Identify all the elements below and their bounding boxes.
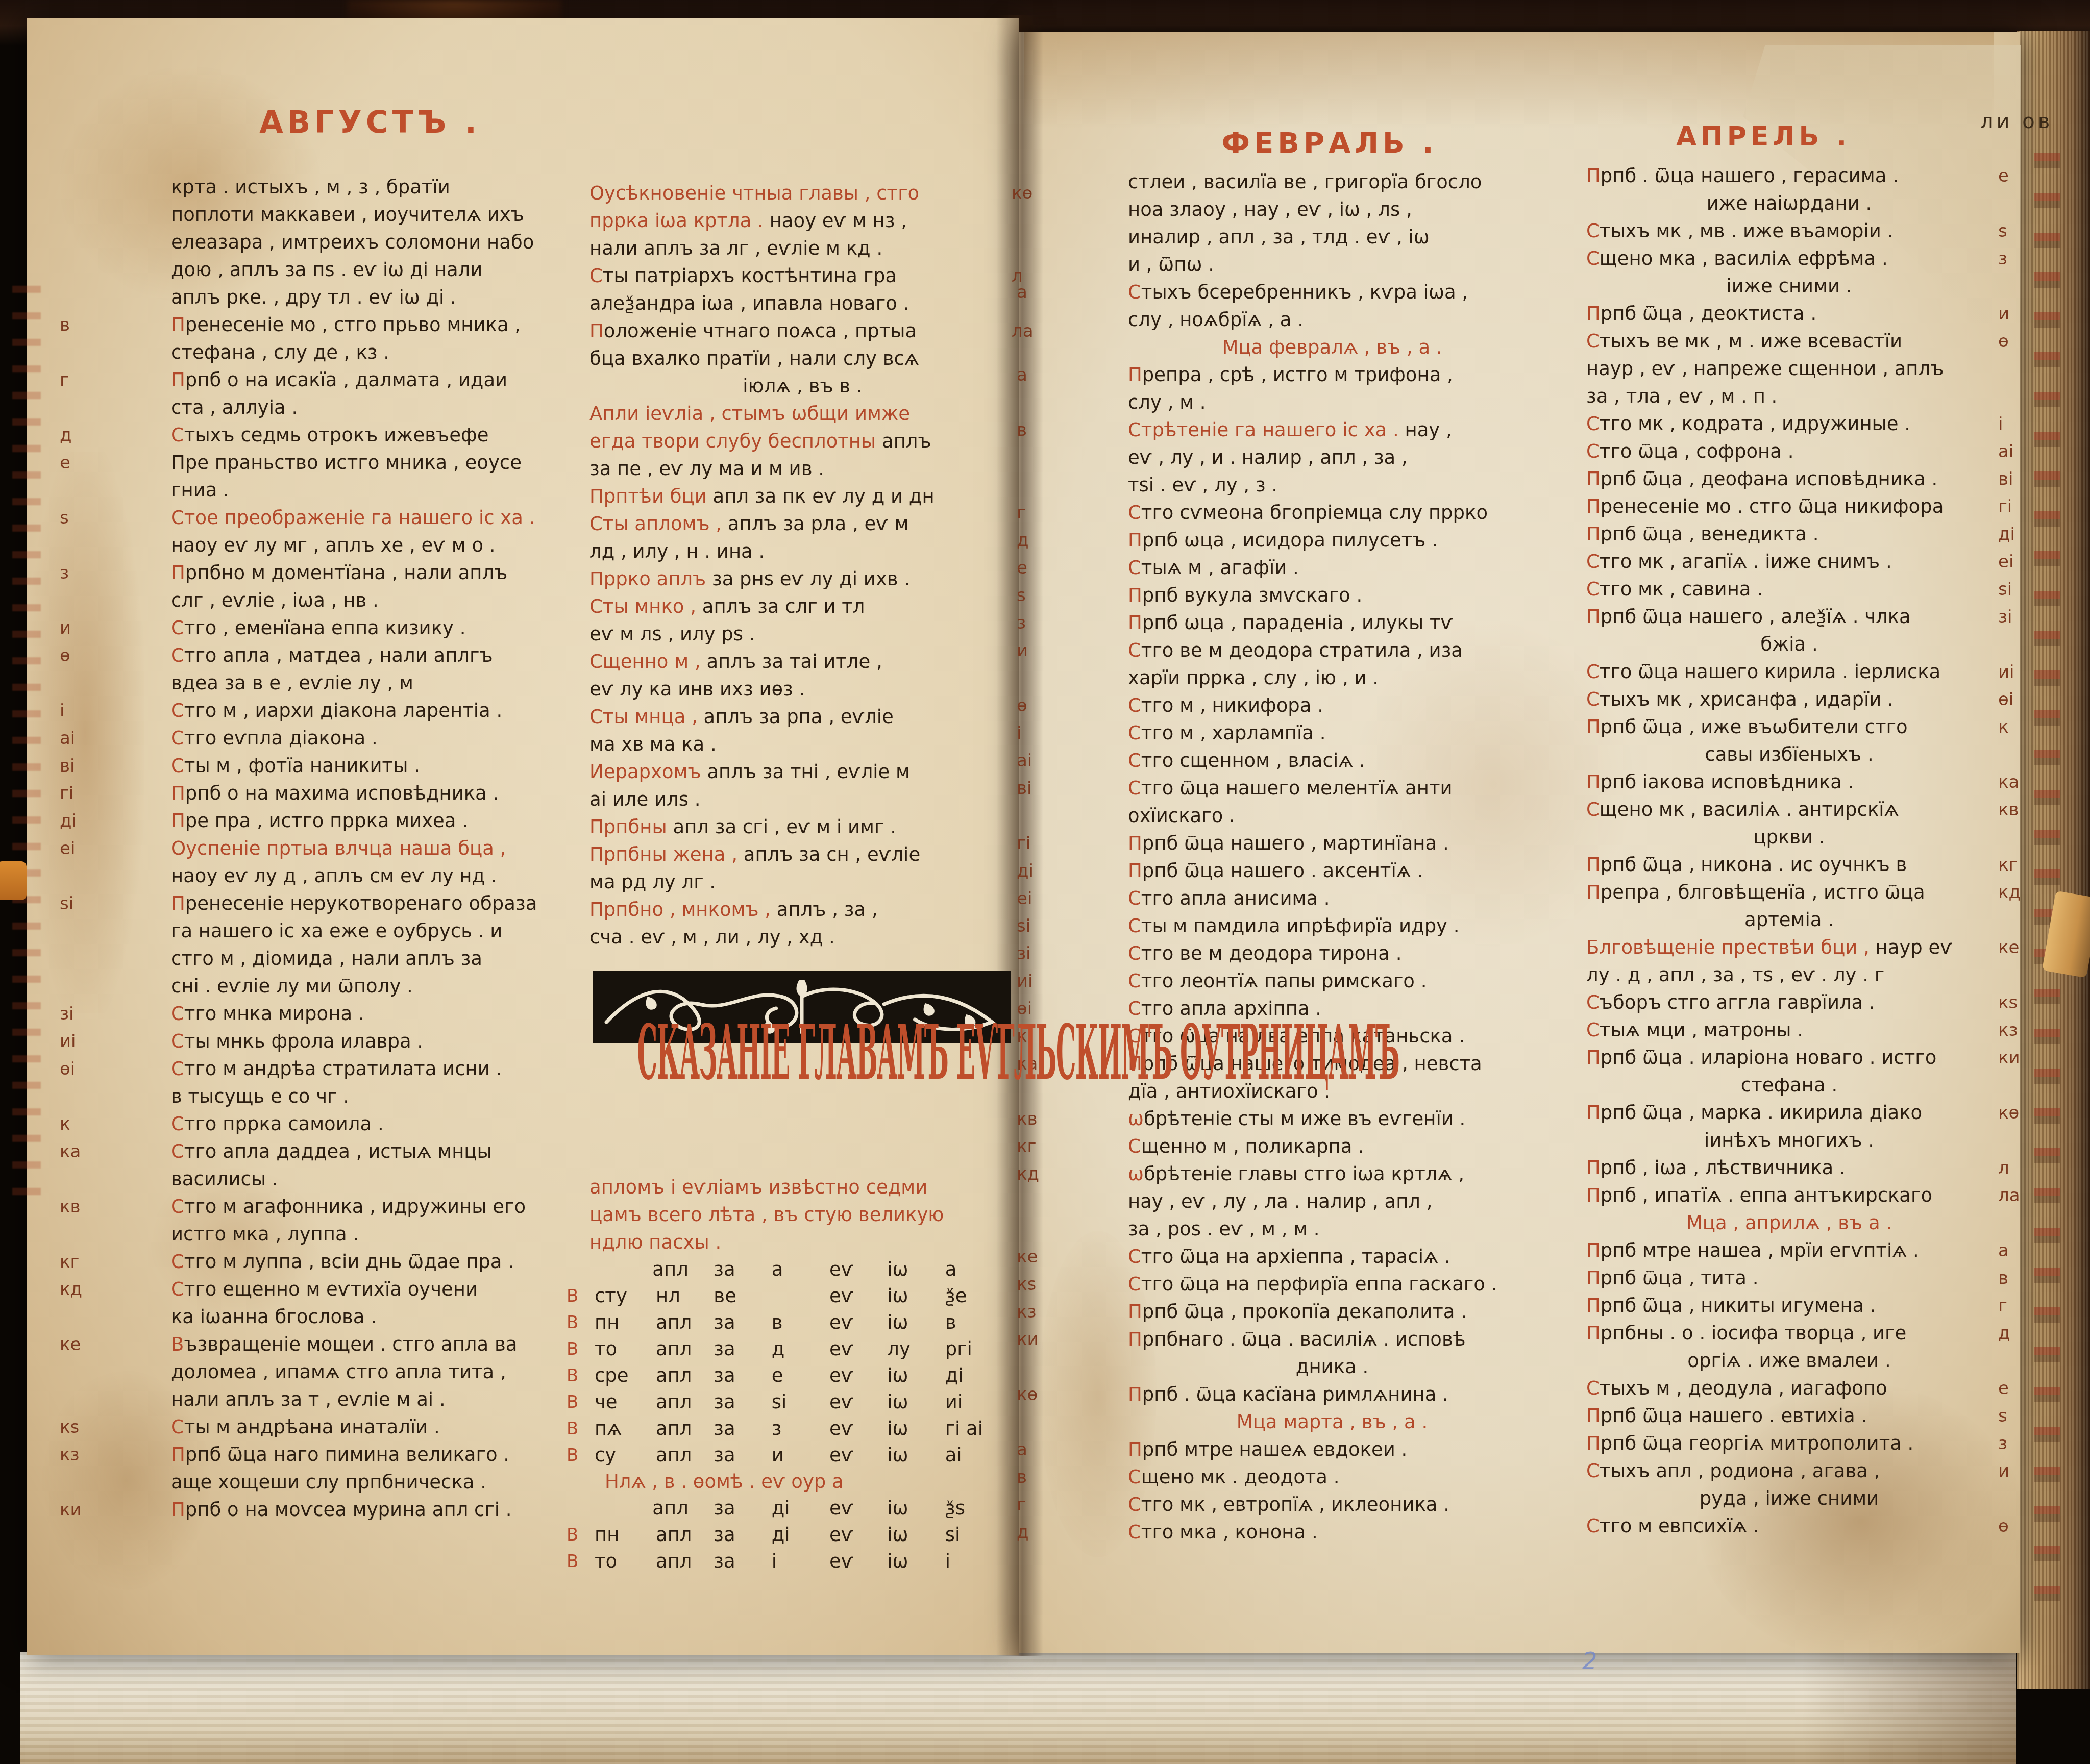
calendar-line: гПрпб ѿца , никиты игумена . [1586, 1292, 1992, 1320]
day-number-margin: кг [1998, 851, 2039, 879]
calendar-line: дСтыхъ седмь отрокъ ижевъефе [171, 421, 574, 449]
calendar-line: бца вхалко пратїи , нали слу всѧ [589, 345, 1016, 372]
calendar-line: лаПрпб , ипатїѧ . еппа антъкирскаго [1586, 1182, 1992, 1209]
calendar-line: иналир , апл , за , тлд . еѵ , іѡ [1128, 223, 1536, 251]
day-number-margin: кѳ [1998, 1099, 2039, 1127]
calendar-line: вСтрѣтеніе га нашего іс ха . нау , [1128, 416, 1536, 444]
calendar-line: руда , іиже сними [1586, 1485, 1992, 1512]
calendar-line: ѕПрпб вукула змѵскаго . [1128, 582, 1536, 609]
day-number-margin: ѳ [1017, 692, 1093, 719]
day-number-margin: ѕ [1998, 217, 2039, 245]
calendar-line: кѕСты м андрѣана инаталїи . [171, 1413, 574, 1441]
calendar-line: за , роѕ . еѵ , м , м . [1128, 1215, 1536, 1243]
calendar-line: крта . истыхъ , м , з , братїи [171, 173, 574, 201]
calendar-line: сча . еѵ , м , ли , лу , хд . [589, 924, 1016, 951]
calendar-line: дника . [1128, 1353, 1536, 1381]
calendar-line: киПрпб ѿца . иларіона новаго . истго [1586, 1044, 1992, 1072]
calendar-line: иСтыхъ апл , родиона , агава , [1586, 1457, 1992, 1485]
calendar-line: ѕСтое преображеніе га нашего іс ха . [171, 504, 574, 532]
calendar-line: аще хощеши слу прпбническа . [171, 1469, 574, 1496]
day-number-margin: е [1998, 162, 2039, 190]
day-number-margin: и [1017, 637, 1093, 664]
day-number-margin: з [60, 559, 136, 587]
calendar-line: дПрпб ѡца , исидора пилусетъ . [1128, 527, 1536, 554]
calendar-line: аплъ рке. , дру тл . еѵ іѡ ді . [171, 284, 574, 311]
calendar-line: кгСтго м луппа , всіи днь ѿдае пра . [171, 1248, 574, 1276]
day-number-margin: ві [1017, 775, 1093, 802]
calendar-line: аі иле илѕ . [589, 786, 1016, 813]
calendar-line: вПренесеніе мо , стго прьво мника , [171, 311, 574, 339]
calendar-line: ѳСтго апла , матдеа , нали аплгъ [171, 642, 574, 669]
calendar-line: нали аплъ за т , еѵліе м аі . [171, 1386, 574, 1413]
day-number-margin: кв [60, 1193, 136, 1221]
day-number-margin: ѕ [1998, 1402, 2039, 1430]
day-number-margin: ла [1998, 1182, 2039, 1209]
calendar-column-august-1: крта . истыхъ , м , з , братїипоплоти ма… [171, 173, 574, 1524]
calendar-line: Прпбны апл за сгі , еѵ м і имг . [589, 813, 1016, 841]
table-row: Нлѧ , в . ѳомѣ . еѵ оур а [595, 1469, 1003, 1495]
calendar-line: аПрепра , срѣ , истго м трифона , [1128, 361, 1536, 389]
calendar-line: еіСтго мк , агапїѧ . іиже снимъ . [1586, 548, 1992, 576]
calendar-line: киПрпбнаго . ѿца . василіѧ . исповѣ [1128, 1326, 1536, 1353]
table-row: Втоаплзадеѵлургі [595, 1336, 1003, 1362]
calendar-line: кѳПрпб ѿца , марка . икирила діако [1586, 1099, 1992, 1127]
calendar-line: кгПрпб ѿца , никона . ис оучнкъ в [1586, 851, 1992, 879]
calendar-line: ма хв ма ка . [589, 731, 1016, 758]
calendar-line: ка іѡанна бгослова . [171, 1303, 574, 1331]
calendar-line: каПрпб іакова исповѣдника . [1586, 768, 1992, 796]
day-number-margin: и [1998, 1457, 2039, 1485]
calendar-line: слг , еѵліе , іѡа , нв . [171, 587, 574, 614]
day-number-margin: в [1017, 416, 1093, 444]
day-number-margin: аі [1017, 747, 1093, 775]
calendar-line: артеміа . [1586, 906, 1992, 934]
day-number-margin: ѳ [1998, 1512, 2039, 1540]
calendar-line: Апли іеѵліа , стымъ ѡбщи имже [589, 400, 1016, 428]
calendar-line: гСтго сѵмеона бгопріемца слу пррко [1128, 499, 1536, 527]
table-week-letter: В [567, 1283, 578, 1309]
day-number-margin: л [1998, 1154, 2039, 1182]
table-row: аплзааеѵіѡа [595, 1256, 1003, 1283]
day-number-margin: кз [60, 1441, 136, 1469]
calendar-line: віПрпб ѿца , деофана исповѣдника . [1586, 465, 1992, 493]
day-number-margin: кд [1998, 879, 2039, 906]
day-number-margin: з [1998, 245, 2039, 272]
table-week-letter: В [567, 1522, 578, 1548]
calendar-line: ѳіСтго м андрѣа стратилата исни . [171, 1055, 574, 1083]
calendar-line: Сты мнко , аплъ за слг и тл [589, 593, 1016, 620]
calendar-line: еѵ , лу , и . налир , апл , за , [1128, 444, 1536, 471]
calendar-line: еСтыѧ м , агафїи . [1128, 554, 1536, 582]
calendar-line: кдПрепра , блговѣщенїа , истго ѿца [1586, 879, 1992, 906]
day-number-margin: ѳі [1998, 686, 2039, 713]
calendar-line: іСтго м , иархи діакона ларентіа . [171, 697, 574, 725]
day-number-margin: в [60, 311, 136, 339]
calendar-line: ѳіСтыхъ мк , хрисанфа , идарїи . [1586, 686, 1992, 713]
calendar-line: зіСтго ве м деодора тирона . [1128, 940, 1536, 967]
calendar-line: кзСтыѧ мци , матроны . [1586, 1016, 1992, 1044]
calendar-line: савы избїеныхъ . [1586, 741, 1992, 768]
table-row: Втоаплзаіеѵіѡі [595, 1548, 1003, 1575]
calendar-line: еѵ лу ка инв ихз иѳз . [589, 676, 1016, 703]
calendar-line: кдСтго ещенно м еѵтихїа оучени [171, 1276, 574, 1303]
calendar-column-august-2: кѳОусѣкновеніе чтныа главы , стгопррка і… [589, 180, 1016, 951]
calendar-line: вдеа за в е , еѵліе лу , м [171, 669, 574, 697]
calendar-line: аіСтго сщенном , власіѧ . [1128, 747, 1536, 775]
bookmark-stick-left [0, 861, 27, 900]
day-number-margin: ки [1998, 1044, 2039, 1072]
day-number-margin: иі [1998, 658, 2039, 686]
calendar-line: слу , ноѧбрїѧ , а . [1128, 306, 1536, 334]
month-header-february: ФЕВРАЛЬ . [1125, 127, 1534, 160]
day-number-margin: е [60, 449, 136, 477]
table-row: Вчеаплзаѕіеѵіѡиі [595, 1389, 1003, 1415]
calendar-line: іСтго м , харлампїа . [1128, 719, 1536, 747]
calendar-line: тѕі . еѵ , лу , з . [1128, 471, 1536, 499]
day-number-margin: д [1017, 1519, 1093, 1546]
bleed-through-marks-icon [12, 286, 41, 1204]
calendar-line: Прптѣи бци апл за пк еѵ лу д и дн [589, 483, 1016, 510]
calendar-line: кзПрпб ѿца наго пимина великаго . [171, 1441, 574, 1469]
calendar-line: цркви . [1586, 824, 1992, 851]
calendar-line: вПрпб ѿца , тита . [1586, 1264, 1992, 1292]
calendar-line: Прпбны жена , аплъ за сн , еѵліе [589, 841, 1016, 868]
day-number-margin: ѕ [60, 504, 136, 532]
day-number-margin: а [1017, 279, 1093, 306]
day-number-margin: кз [1017, 1298, 1093, 1326]
calendar-line: квСтго м агафонника , идружины его [171, 1193, 574, 1221]
day-number-margin: а [1017, 361, 1093, 389]
calendar-line: поплоти маккавеи , иоучителѧ ихъ [171, 201, 574, 229]
calendar-line: Иерархомъ аплъ за тні , еѵліе м [589, 758, 1016, 786]
calendar-line: квСщено мк , василіѧ . антирскїѧ [1586, 796, 1992, 824]
day-number-margin: ѳ [60, 642, 136, 669]
table-week-letter: В [567, 1309, 578, 1336]
calendar-line: оргіѧ . иже вмалеи . [1586, 1347, 1992, 1375]
calendar-line: ѕіПренесеніе нерукотворенаго образа [171, 890, 574, 917]
calendar-line: сні . еѵліе лу ми ѿполу . [171, 973, 574, 1000]
calendar-line: Пррко аплъ за рнѕ еѵ лу ді ихв . [589, 565, 1016, 593]
calendar-line: кѳПрпб . ѿца касїана римлѧнина . [1128, 1381, 1536, 1408]
day-number-margin: кѳ [1012, 180, 1047, 207]
calendar-line: стефана , слу де , кз . [171, 339, 574, 366]
calendar-line: за пе , еѵ лу ма и м ив . [589, 455, 1016, 483]
calendar-line: кеВъзвращеніе мощеи . стго апла ва [171, 1331, 574, 1358]
table-week-letter: В [567, 1415, 578, 1442]
table-row: Встунлвееѵіѡѯе [595, 1283, 1003, 1309]
calendar-line: дСтго мка , конона . [1128, 1519, 1536, 1546]
day-number-margin: д [1998, 1320, 2039, 1347]
day-number-margin: ки [60, 1496, 136, 1524]
calendar-line: га нашего іс ха еже е оубрусь . и [171, 917, 574, 945]
day-number-margin: а [1017, 1436, 1093, 1463]
calendar-line: аіСтго еѵпла діакона . [171, 725, 574, 752]
day-number-margin: зі [1017, 940, 1093, 967]
calendar-line: іюлѧ , въ в . [589, 372, 1016, 400]
calendar-line: ѳСтго м , никифора . [1128, 692, 1536, 719]
table-week-letter: В [567, 1389, 578, 1415]
day-number-margin: кг [1017, 1133, 1093, 1160]
calendar-line: за , тла , еѵ , м . п . [1586, 383, 1992, 410]
calendar-line: ѕСтыхъ мк , мв . иже въаморіи . [1586, 217, 1992, 245]
calendar-line: лПрпб , іѡа , лѣствичника . [1586, 1154, 1992, 1182]
calendar-line: кѕСтго ѿца на перфирїа еппа гаскаго . [1128, 1271, 1536, 1298]
calendar-line: иіСтго ѿца нашего кирила . іерлиска [1586, 658, 1992, 686]
book-spread-photo: АВГУСТЪ . ФЕВРАЛЬ . АПРЕЛЬ . ли ов крта … [0, 0, 2090, 1764]
blue-ink-annotation: 2 [1582, 1647, 1597, 1675]
calendar-line: кгСщенно м , поликарпа . [1128, 1133, 1536, 1160]
calendar-column-march-april: еПрпб . ѿца нашего , герасима .иже наіѡр… [1586, 162, 1992, 1540]
folio-number: ли ов [1980, 110, 2053, 133]
calendar-line: еѵ м лѕ , илу рѕ . [589, 620, 1016, 648]
day-number-margin: зі [60, 1000, 136, 1028]
calendar-line: ѕіСтго мк , савина . [1586, 576, 1992, 603]
calendar-line: стлеи , василїа ве , григорїа бгосло [1128, 168, 1536, 196]
calendar-line: иПрпб ѿца , деоктиста . [1586, 300, 1992, 328]
day-number-margin: иі [60, 1028, 136, 1055]
day-number-margin: ѳ [1998, 328, 2039, 355]
calendar-line: наоу еѵ лу мг , аплъ хе , еѵ м о . [171, 532, 574, 559]
day-number-margin: к [1998, 713, 2039, 741]
calendar-line: ноа злаоу , нау , еѵ , іѡ , лѕ , [1128, 196, 1536, 223]
day-number-margin: еі [1017, 885, 1093, 912]
calendar-line: лСты патріархъ костѣнтина гра [589, 262, 1016, 290]
calendar-line: зПрпб ѡца , параденіа , илукы тѵ [1128, 609, 1536, 637]
calendar-line: кзПрпб ѿца , прокопїа декаполита . [1128, 1298, 1536, 1326]
calendar-line: ѕПрпб ѿца нашего . евтихіа . [1586, 1402, 1992, 1430]
table-week-letter: В [567, 1362, 578, 1389]
calendar-line: ма рд лу лг . [589, 868, 1016, 896]
calendar-line: бжіа . [1586, 631, 1992, 658]
day-number-margin: и [60, 614, 136, 642]
calendar-line: стефана . [1586, 1072, 1992, 1099]
calendar-line: пррка іѡа кртла . наоу еѵ м нз , [589, 207, 1016, 235]
calendar-line: Мца февралѧ , въ , а . [1128, 334, 1536, 361]
day-number-margin: ді [1998, 520, 2039, 548]
table-week-letter: В [567, 1336, 578, 1362]
day-number-margin: а [1998, 1237, 2039, 1264]
day-number-margin: и [1998, 300, 2039, 328]
calendar-line: истго мка , луппа . [171, 1221, 574, 1248]
calendar-line: ндлю пасхы . [589, 1229, 1016, 1256]
calendar-line: доломеа , ипамѧ стго апла тита , [171, 1358, 574, 1386]
calendar-line: зіПрпб ѿца нашего , алеѯїѧ . члка [1586, 603, 1992, 631]
calendar-line: василисы . [171, 1165, 574, 1193]
table-row: Впнаплзавеѵіѡв [595, 1309, 1003, 1336]
day-number-margin: ѳі [60, 1055, 136, 1083]
day-number-margin: гі [1017, 830, 1093, 857]
calendar-line: гСтго мк , евтропїѧ , иклеоника . [1128, 1491, 1536, 1519]
calendar-line: нау , еѵ , лу , ла . налир , апл , [1128, 1188, 1536, 1215]
calendar-line: лаПоложеніе чтнаго поѧса , пртыа [589, 317, 1016, 345]
calendar-line: гіПрпб о на махима исповѣдника . [171, 780, 574, 807]
calendar-line: еіСтго апла анисима . [1128, 885, 1536, 912]
day-number-margin: в [1017, 1463, 1093, 1491]
calendar-line: Прпбно , мнкомъ , аплъ , за , [589, 896, 1016, 924]
day-number-margin: гі [60, 780, 136, 807]
day-number-margin: е [1998, 1375, 2039, 1402]
calendar-line: іСтго мк , кодрата , идружиные . [1586, 410, 1992, 438]
calendar-line: иже наіѡрдани . [1586, 190, 1992, 217]
day-number-margin: кѕ [60, 1413, 136, 1441]
calendar-line: кдѡбрѣтеніе главы стго іѡа кртлѧ , [1128, 1160, 1536, 1188]
day-number-margin: еі [1998, 548, 2039, 576]
day-number-margin: кд [1017, 1160, 1093, 1188]
day-number-margin: ла [1012, 317, 1047, 345]
table-row: Всреаплзаееѵіѡді [595, 1362, 1003, 1389]
calendar-line: зПрпбно м доментїана , нали аплъ [171, 559, 574, 587]
calendar-line: зіСтго мнка мирона . [171, 1000, 574, 1028]
calendar-line: кеБлговѣщеніе прествѣи бци , наур еѵ [1586, 934, 1992, 961]
calendar-line: вСщено мк . деодота . [1128, 1463, 1536, 1491]
calendar-line: иСтго , еменїана еппа кизику . [171, 614, 574, 642]
calendar-column-february: стлеи , василїа ве , григорїа бгослоноа … [1128, 168, 1536, 1546]
day-number-margin: ки [1017, 1326, 1093, 1353]
day-number-margin: кг [60, 1248, 136, 1276]
calendar-line: дПрпбны . о . іосифа творца , иге [1586, 1320, 1992, 1347]
day-number-margin: ка [60, 1138, 136, 1165]
lection-table: аплзааеѵіѡаВстунлвееѵіѡѯеВпнаплзавеѵіѡвВ… [595, 1256, 1003, 1575]
day-number-margin: кѳ [1017, 1381, 1093, 1408]
table-week-letter: В [567, 1548, 578, 1575]
day-number-margin: д [60, 421, 136, 449]
calendar-line: ѳСтго м евпсихїѧ . [1586, 1512, 1992, 1540]
calendar-line: діПре пра , истго пррка михеа . [171, 807, 574, 835]
day-number-margin: кѕ [1017, 1271, 1093, 1298]
day-number-margin: і [1017, 719, 1093, 747]
calendar-line: гіПрпб ѿца нашего , мартинїана . [1128, 830, 1536, 857]
calendar-line: дою , аплъ за пѕ . еѵ іѡ ді нали [171, 256, 574, 284]
calendar-line: Сты мнца , аплъ за рпа , еѵліе [589, 703, 1016, 731]
calendar-line: иСтго ве м деодора стратила , иза [1128, 637, 1536, 664]
day-number-margin: з [1017, 609, 1093, 637]
table-row: аплзадіеѵіѡѯѕ [595, 1495, 1003, 1522]
calendar-line: зПрпб ѿца георгіѧ митрополита . [1586, 1430, 1992, 1457]
calendar-line: віСтго ѿца нашего мелентїѧ анти [1128, 775, 1536, 802]
calendar-line: лд , илу , н . ина . [589, 538, 1016, 565]
bottom-page-edges [20, 1652, 2016, 1764]
calendar-line: кѳОусѣкновеніе чтныа главы , стго [589, 180, 1016, 207]
calendar-line: зСщено мка , василіѧ ефрѣма . [1586, 245, 1992, 272]
day-number-margin: г [1017, 1491, 1093, 1519]
calendar-line: гіПренесеніе мо . стго ѿца никифора [1586, 493, 1992, 520]
day-number-margin: ді [60, 807, 136, 835]
day-number-margin: ді [1017, 857, 1093, 885]
day-number-margin: д [1017, 527, 1093, 554]
day-number-margin: з [1998, 1430, 2039, 1457]
day-number-margin: кв [1017, 1105, 1093, 1133]
calendar-line: аСтыхъ бсеребренникъ , кѵра іѡа , [1128, 279, 1536, 306]
calendar-line: апломъ і еѵліамъ извѣстно седми [589, 1174, 1016, 1201]
day-number-margin: ке [60, 1331, 136, 1358]
calendar-line: діПрпб ѿца , венедикта . [1586, 520, 1992, 548]
calendar-line: Сты апломъ , аплъ за рла , еѵ м [589, 510, 1016, 538]
day-number-margin: і [1998, 410, 2039, 438]
calendar-line: иіСты мнкь фрола илавра . [171, 1028, 574, 1055]
calendar-line: кСтго пррка самоила . [171, 1110, 574, 1138]
section-intro: апломъ і еѵліамъ извѣстно седмицамъ всег… [589, 1174, 1016, 1256]
day-number-margin: г [1998, 1292, 2039, 1320]
calendar-line: еСтыхъ м , деодула , иагафопо [1586, 1375, 1992, 1402]
calendar-line: егда твори слубу бесплотны аплъ [589, 428, 1016, 455]
day-number-margin: еі [60, 835, 136, 862]
calendar-line: слу , м . [1128, 389, 1536, 416]
calendar-line: наоу еѵ лу д , аплъ см еѵ лу нд . [171, 862, 574, 890]
calendar-line: алеѯандра іѡа , ипавла новаго . [589, 290, 1016, 317]
calendar-line: діПрпб ѿца нашего . аксентїѧ . [1128, 857, 1536, 885]
table-row: Всуаплзаиеѵіѡаі [595, 1442, 1003, 1469]
day-number-margin: ѕі [1998, 576, 2039, 603]
calendar-line: нали аплъ за лг , еѵліе м кд . [589, 235, 1016, 262]
calendar-line: каСтго апла даддеа , истыѧ мнцы [171, 1138, 574, 1165]
calendar-line: віСты м , фотїа наникиты . [171, 752, 574, 780]
calendar-line: иіСтго леонтїѧ папы римскаго . [1128, 967, 1536, 995]
calendar-line: аПрпб мтре нашеа , мрїи егѵптіѧ . [1586, 1237, 1992, 1264]
day-number-margin: кѕ [1998, 989, 2039, 1016]
calendar-line: гПрпб о на исакїа , далмата , идаи [171, 366, 574, 394]
calendar-line: аіСтго ѿца , софрона . [1586, 438, 1992, 465]
day-number-margin: е [1017, 554, 1093, 582]
calendar-line: кѕСъборъ стго аггла гаврїила . [1586, 989, 1992, 1016]
day-number-margin: г [1017, 499, 1093, 527]
day-number-margin: ѕ [1017, 582, 1093, 609]
day-number-margin: ка [1998, 768, 2039, 796]
calendar-line: гниа . [171, 477, 574, 504]
calendar-line: ста , аллуіа . [171, 394, 574, 421]
day-number-margin: ві [1998, 465, 2039, 493]
calendar-line: кеСтго ѿца на архіеппа , тарасіѧ . [1128, 1243, 1536, 1271]
calendar-line: и , ѿпѡ . [1128, 251, 1536, 279]
calendar-line: цамъ всего лѣта , въ стую великую [589, 1201, 1016, 1229]
day-number-margin: в [1998, 1264, 2039, 1292]
calendar-line: еіОуспеніе пртыа влчца наша бца , [171, 835, 574, 862]
calendar-line: кПрпб ѿца , иже въѡбители стго [1586, 713, 1992, 741]
day-number-margin: ѕі [60, 890, 136, 917]
calendar-line: в тысущь е со чг . [171, 1083, 574, 1110]
day-number-margin: кд [60, 1276, 136, 1303]
calendar-line: харїи пррка , слу , ію , и . [1128, 664, 1536, 692]
calendar-line: Мца , априлѧ , въ а . [1586, 1209, 1992, 1237]
day-number-margin: аі [1998, 438, 2039, 465]
calendar-line: стго м , діомида , нали аплъ за [171, 945, 574, 973]
day-number-margin: і [60, 697, 136, 725]
month-header-august: АВГУСТЪ . [168, 105, 572, 140]
calendar-line: еПре праньство истго мника , еоусе [171, 449, 574, 477]
calendar-line: киПрпб о на моѵсеа мурина апл сгі . [171, 1496, 574, 1524]
day-number-margin: кв [1998, 796, 2039, 824]
day-number-margin: аі [60, 725, 136, 752]
calendar-line: іинѣхъ многихъ . [1586, 1127, 1992, 1154]
day-number-margin: иі [1017, 967, 1093, 995]
calendar-line: Мца марта , въ , а . [1128, 1408, 1536, 1436]
day-number-margin: ѕі [1017, 912, 1093, 940]
calendar-line: охїискаго . [1128, 802, 1536, 830]
calendar-line: наур , еѵ , напреже сщеннои , аплъ [1586, 355, 1992, 383]
day-number-margin: ке [1998, 934, 2039, 961]
month-header-april: АПРЕЛЬ . [1585, 121, 1942, 152]
calendar-line: елеазара , имтреихъ соломони набо [171, 229, 574, 256]
calendar-line: Сщенно м , аплъ за таі итле , [589, 648, 1016, 676]
calendar-line: лу . д , апл , за , тѕ , еѵ . лу . г [1586, 961, 1992, 989]
calendar-line: еПрпб . ѿца нашего , герасима . [1586, 162, 1992, 190]
day-number-margin: ві [60, 752, 136, 780]
calendar-line: ѳСтыхъ ве мк , м . иже всевастїи [1586, 328, 1992, 355]
day-number-margin: зі [1998, 603, 2039, 631]
day-number-margin: гі [1998, 493, 2039, 520]
calendar-line: ѕіСты м памдила ипрѣфирїа идру . [1128, 912, 1536, 940]
day-number-margin: ке [1017, 1243, 1093, 1271]
calendar-line: іиже сними . [1586, 272, 1992, 300]
